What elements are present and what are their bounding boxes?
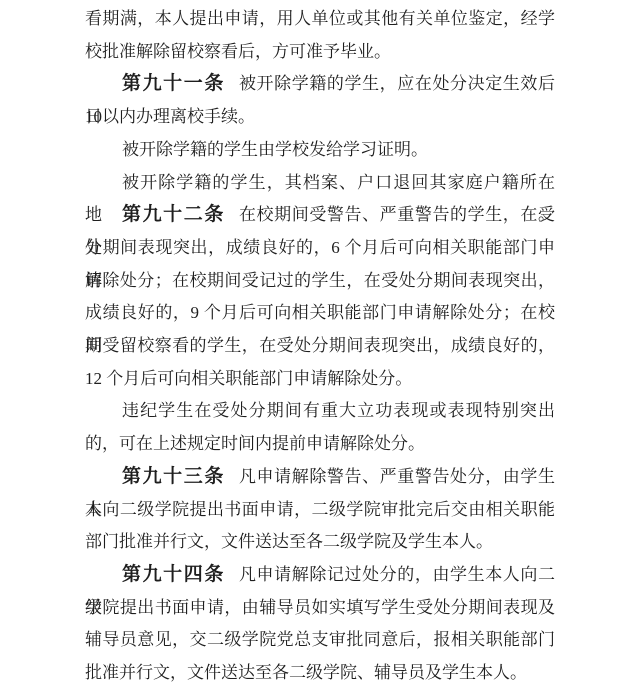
text-line: 被开除学籍的学生，其档案、户口退回其家庭户籍所在地。 <box>85 167 555 200</box>
text-line: 日以内办理离校手续。 <box>85 101 555 134</box>
text-line-article-91: 第九十一条被开除学籍的学生，应在处分决定生效后 10 <box>85 68 555 101</box>
article-number: 第九十一条 <box>122 73 225 94</box>
text-line: 12 个月后可向相关职能部门申请解除处分。 <box>85 363 555 396</box>
text-line: 违纪学生在受处分期间有重大立功表现或表现特别突出 <box>85 395 555 428</box>
text-line-article-93: 第九十三条凡申请解除警告、严重警告处分，由学生本 <box>85 461 555 494</box>
text-line: 成绩良好的，9 个月后可向相关职能部门申请解除处分；在校期 <box>85 297 555 330</box>
document-page: 看期满，本人提出申请，用人单位或其他有关单位鉴定，经学 校批准解除留校察看后，方… <box>0 0 634 690</box>
text-line: 校批准解除留校察看后，方可准予毕业。 <box>85 36 555 69</box>
text-line: 间受留校察看的学生，在受处分期间表现突出，成绩良好的， <box>85 330 555 363</box>
text-line: 人向二级学院提出书面申请，二级学院审批完后交由相关职能 <box>85 494 555 527</box>
text-line: 被开除学籍的学生由学校发给学习证明。 <box>85 134 555 167</box>
text-line-article-94: 第九十四条凡申请解除记过处分的，由学生本人向二级 <box>85 559 555 592</box>
text-line: 看期满，本人提出申请，用人单位或其他有关单位鉴定，经学 <box>85 3 555 36</box>
text-line-article-92: 第九十二条在校期间受警告、严重警告的学生，在受处 <box>85 199 555 232</box>
article-number: 第九十四条 <box>122 564 225 585</box>
text-line: 的，可在上述规定时间内提前申请解除处分。 <box>85 428 555 461</box>
text-line: 解除处分；在校期间受记过的学生，在受处分期间表现突出， <box>85 265 555 298</box>
text-line: 辅导员意见，交二级学院党总支审批同意后，报相关职能部门 <box>85 624 555 657</box>
text-line: 学院提出书面申请，由辅导员如实填写学生受处分期间表现及 <box>85 592 555 625</box>
text-line: 分期间表现突出，成绩良好的，6 个月后可向相关职能部门申请 <box>85 232 555 265</box>
text-line: 批准并行文，文件送达至各二级学院、辅导员及学生本人。 <box>85 657 555 690</box>
text-line: 部门批准并行文，文件送达至各二级学院及学生本人。 <box>85 526 555 559</box>
article-number: 第九十三条 <box>122 466 225 487</box>
article-number: 第九十二条 <box>122 204 225 225</box>
